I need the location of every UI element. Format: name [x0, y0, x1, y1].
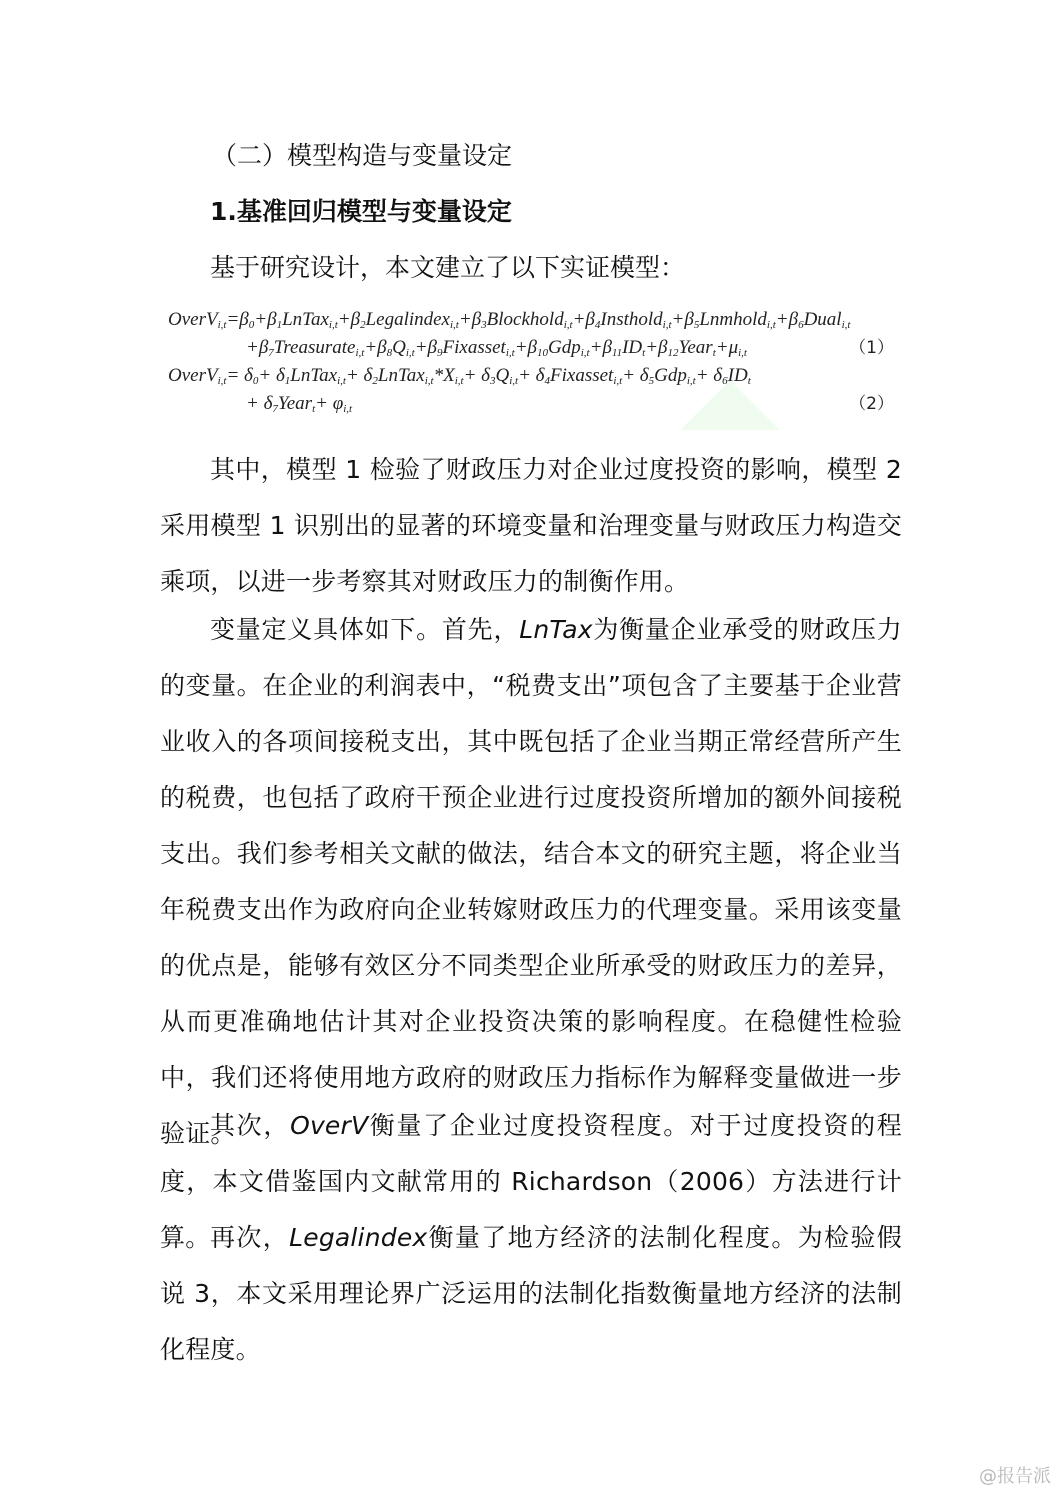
sub-heading: 1.基准回归模型与变量设定	[210, 194, 512, 230]
footer-watermark: @报告派	[979, 1462, 1051, 1488]
variable-legalindex: Legalindex	[289, 1223, 427, 1252]
variable-lntax: LnTax	[519, 615, 593, 644]
equation-2-number: （2）	[849, 390, 894, 418]
equation-1-number: （1）	[849, 334, 894, 362]
p2-text-before: 变量定义具体如下。首先，	[210, 615, 519, 644]
paragraph-model-explanation: 其中，模型 1 检验了财政压力对企业过度投资的影响，模型 2 采用模型 1 识别…	[160, 442, 902, 610]
model-equations: OverVi,t=β0+β1LnTaxi,t+β2Legalindexi,t+β…	[168, 306, 898, 418]
equation-1-line-1: OverVi,t=β0+β1LnTaxi,t+β2Legalindexi,t+β…	[168, 306, 898, 334]
p4-text-before: 再次，	[210, 1223, 289, 1252]
document-page: （二）模型构造与变量设定 1.基准回归模型与变量设定 基于研究设计，本文建立了以…	[0, 0, 1061, 1500]
equation-2-line-1: OverVi,t= δ0+ δ1LnTaxi,t+ δ2LnTaxi,t*Xi,…	[168, 362, 898, 390]
intro-text: 基于研究设计，本文建立了以下实证模型：	[210, 250, 685, 286]
section-heading: （二）模型构造与变量设定	[212, 138, 512, 174]
p3-text-before: 其次，	[210, 1111, 290, 1140]
equation-1-line-2: +β7Treasuratei,t+β8Qi,t+β9Fixasseti,t+β1…	[168, 334, 898, 362]
p2-text-after: 为衡量企业承受的财政压力的变量。在企业的利润表中，“税费支出”项包含了主要基于企…	[160, 615, 902, 1148]
variable-overv: OverV	[290, 1111, 368, 1140]
paragraph-lntax-definition: 变量定义具体如下。首先，LnTax为衡量企业承受的财政压力的变量。在企业的利润表…	[160, 602, 902, 1162]
paragraph-legalindex-definition: 再次，Legalindex衡量了地方经济的法制化程度。为检验假说 3，本文采用理…	[160, 1210, 902, 1378]
equation-2-line-2: + δ7Yeart+ φi,t（2）	[168, 390, 898, 418]
watermark-triangle-icon	[680, 380, 780, 430]
